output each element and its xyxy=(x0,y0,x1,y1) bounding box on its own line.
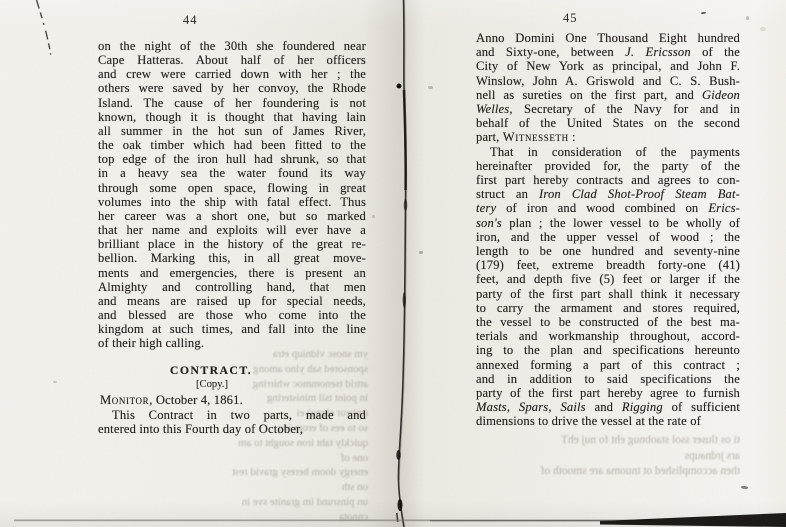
text-segment: her career was a short one, but so marke… xyxy=(98,209,366,223)
text-segment: known, though it is thought that having … xyxy=(98,110,366,124)
contract-heading: CONTRACT. xyxy=(98,363,324,378)
text-segment: the vessel to be constructed of the best… xyxy=(476,315,740,329)
text-segment: and in addition to said specifications t… xyxy=(476,372,740,386)
text-segment: volumes into the ship with fatal effect.… xyxy=(98,195,366,209)
text-line: on the night of the 30th she foundered n… xyxy=(98,39,366,53)
text-segment: and means are raised up for special need… xyxy=(98,294,366,308)
text-line: first part hereby contracts and agrees t… xyxy=(476,173,740,187)
text-line: entered into this Fourth day of October, xyxy=(98,422,366,436)
text-line: and means are raised up for special need… xyxy=(98,294,366,308)
text-segment: and blessed are those who come into the xyxy=(98,308,366,322)
text-line: Almighty and controlling hand, that men xyxy=(98,280,366,294)
text-line: party of the first part shall think it n… xyxy=(476,287,740,301)
text-segment: Anno Domini One Thousand Eight hundred xyxy=(476,31,740,45)
text-line: length to be one hundred and seventy-nin… xyxy=(476,244,740,258)
text-line: This Contract in two parts, made and xyxy=(98,408,366,422)
text-line: of their high calling. xyxy=(98,336,366,350)
text-line: quickly taht iron sought to am one of xyxy=(228,436,368,466)
text-segment: Iron Clad Shot-Proof Steam Bat- xyxy=(539,187,740,201)
text-line: Island. The cause of her foundering is n… xyxy=(98,96,366,110)
text-line: Monitor, October 4, 1861. xyxy=(100,393,366,407)
text-line: dimensions to drive the vessel at the ra… xyxy=(476,414,740,428)
text-segment: and crew were carried down with her ; th… xyxy=(98,67,366,81)
dust-speck xyxy=(372,215,375,218)
text-line: terials and workmanship throughout, acco… xyxy=(476,329,740,343)
text-segment: kingdom at such times, and fall into the… xyxy=(98,322,366,336)
text-segment: length to be one hundred and seventy-nin… xyxy=(476,244,740,258)
text-segment: entered into this Fourth day of October, xyxy=(98,422,303,436)
text-segment: of iron and wood combined on xyxy=(496,201,708,215)
text-line: and blessed are those who come into the xyxy=(98,308,366,322)
text-segment: son's xyxy=(476,216,502,230)
text-line: brilliant place in the history of the gr… xyxy=(98,237,366,251)
text-segment: Almighty and controlling hand, that men xyxy=(98,280,366,294)
text-segment: that her name and exploits will ever hav… xyxy=(98,223,366,237)
book-spread-scan: 44 ym snosc vldniup etrasponsored sah yl… xyxy=(0,0,786,527)
text-line: son's plan ; the lower vessel to be whol… xyxy=(476,216,740,230)
text-segment: iron, and the upper vessel of wood ; the xyxy=(476,230,740,244)
text-segment: the oak timber which had been fitted to … xyxy=(98,138,366,152)
text-segment: Winslow, John A. Griswold and C. S. Bush… xyxy=(476,74,740,88)
text-segment: , October 4, 1861. xyxy=(149,393,243,407)
right-page-body-text: Anno Domini One Thousand Eight hundredan… xyxy=(476,31,740,429)
text-segment: hereinafter provided for, the party of t… xyxy=(476,159,740,173)
text-segment: in a heavy sea the water found its way xyxy=(98,166,366,180)
text-segment: all summer in the hot sun of James River… xyxy=(98,124,366,138)
text-line: and crew were carried down with her ; th… xyxy=(98,67,366,81)
text-segment: (179) feet, extreme breadth forty-one (4… xyxy=(476,258,740,272)
text-segment: Welles xyxy=(476,102,509,116)
text-line: and in addition to said specifications t… xyxy=(476,372,740,386)
text-segment: ing to the plan and specifications hereu… xyxy=(476,343,740,357)
text-line: kingdom at such times, and fall into the… xyxy=(98,322,366,336)
text-line: ing to the plan and specifications hereu… xyxy=(476,343,740,357)
left-page-body-text: on the night of the 30th she foundered n… xyxy=(98,39,366,350)
text-segment: dimensions to drive the vessel at the ra… xyxy=(476,414,701,428)
text-segment: un pinsrund im granite sve in cnnota xyxy=(242,496,368,523)
text-line: her career was a short one, but so marke… xyxy=(98,209,366,223)
text-segment: part, xyxy=(476,130,503,144)
text-line: Welles, Secretary of the Navy for and in xyxy=(476,102,740,116)
page-number-right: 45 xyxy=(563,11,578,26)
text-line: tery of iron and wood combined on Erics- xyxy=(476,201,740,215)
text-line: through some open space, flowing in grea… xyxy=(98,181,366,195)
text-segment: City of New York as principal, and John … xyxy=(476,59,740,73)
text-segment: feet, and depth five (5) feet or larger … xyxy=(476,272,740,286)
dust-speck xyxy=(53,381,57,383)
text-segment: top edge of the iron hull had shrunk, so… xyxy=(98,152,366,166)
text-segment: That in consideration of the payments xyxy=(490,145,740,159)
text-segment: Erics- xyxy=(708,201,740,215)
text-line: annexed forming a part of this contract … xyxy=(476,358,740,372)
text-segment: plan ; the lower vessel to be wholly of xyxy=(502,216,740,230)
text-segment: : xyxy=(569,130,576,144)
text-line: bellion. Marking this, in all great move… xyxy=(98,251,366,265)
text-segment: annexed forming a part of this contract … xyxy=(476,358,740,372)
text-segment: tery xyxy=(476,201,496,215)
text-segment: first part hereby contracts and agrees t… xyxy=(476,173,740,187)
text-line: top edge of the iron hull had shrunk, so… xyxy=(98,152,366,166)
text-line: energy doom heresy gravid rest on sth xyxy=(228,465,368,495)
text-segment: party of the first part hereby agree to … xyxy=(476,386,740,400)
text-segment: J. Ericsson xyxy=(625,45,691,59)
text-segment: Monitor xyxy=(100,393,149,407)
text-segment: others were saved by her convoy, the Rho… xyxy=(98,81,366,95)
dust-speck xyxy=(746,16,749,20)
text-line: un pinsrund im granite sve in cnnota xyxy=(228,495,368,525)
text-line: known, though it is thought that having … xyxy=(98,110,366,124)
text-segment: of sufficient xyxy=(663,400,740,414)
text-line: that her name and exploits will ever hav… xyxy=(98,223,366,237)
text-line: and Sixty-one, between J. Ericsson of th… xyxy=(476,45,740,59)
page-number-left: 44 xyxy=(183,13,198,28)
text-line: part, Witnesseth : xyxy=(476,130,740,144)
text-segment: on the night of the 30th she foundered n… xyxy=(98,39,366,53)
copy-label: [Copy.] xyxy=(98,379,326,390)
text-segment: struct an xyxy=(476,187,539,201)
text-line: in a heavy sea the water found its way xyxy=(98,166,366,180)
text-segment: This Contract in two parts, made and xyxy=(112,408,366,422)
text-line: City of New York as principal, and John … xyxy=(476,59,740,73)
text-segment: nell as sureties on the first part, and xyxy=(476,88,702,102)
text-line: others were saved by her convoy, the Rho… xyxy=(98,81,366,95)
text-segment: terials and workmanship throughout, acco… xyxy=(476,329,740,343)
text-line: feet, and depth five (5) feet or larger … xyxy=(476,272,740,286)
text-line: Anno Domini One Thousand Eight hundred xyxy=(476,31,740,45)
text-line: party of the first part hereby agree to … xyxy=(476,386,740,400)
text-segment: and xyxy=(586,400,622,414)
text-segment: Gideon xyxy=(702,88,740,102)
text-segment: bellion. Marking this, in all great move… xyxy=(98,251,366,265)
text-line: nell as sureties on the first part, and … xyxy=(476,88,740,102)
text-segment: party of the first part shall think it n… xyxy=(476,287,740,301)
text-segment: ments and emergencies, there is present … xyxy=(98,266,366,280)
text-line: struct an Iron Clad Shot-Proof Steam Bat… xyxy=(476,187,740,201)
text-segment: behalf of the United States on the secon… xyxy=(476,116,740,130)
text-segment: through some open space, flowing in grea… xyxy=(98,181,366,195)
contract-paragraph: This Contract in two parts, made andente… xyxy=(98,408,366,436)
text-line: behalf of the United States on the secon… xyxy=(476,116,740,130)
text-line: the vessel to be constructed of the best… xyxy=(476,315,740,329)
text-segment: brilliant place in the history of the gr… xyxy=(98,237,366,251)
text-segment: to carry the armament and stores require… xyxy=(476,301,740,315)
text-segment: Witnesseth xyxy=(503,130,569,144)
text-segment: Island. The cause of her foundering is n… xyxy=(98,96,366,110)
dust-speck xyxy=(428,86,433,89)
text-line: to carry the armament and stores require… xyxy=(476,301,740,315)
text-line: iron, and the upper vessel of wood ; the xyxy=(476,230,740,244)
text-segment: energy doom heresy gravid rest on sth xyxy=(232,466,368,493)
page-left: 44 ym snosc vldniup etrasponsored sah yl… xyxy=(0,0,400,527)
text-line: ments and emergencies, there is present … xyxy=(98,266,366,280)
dust-speck xyxy=(419,251,423,254)
text-line: (179) feet, extreme breadth forty-one (4… xyxy=(476,258,740,272)
text-segment: and Sixty-one, between xyxy=(476,45,625,59)
text-line: Masts, Spars, Sails and Rigging of suffi… xyxy=(476,400,740,414)
text-line: volumes into the ship with fatal effect.… xyxy=(98,195,366,209)
text-segment: of their high calling. xyxy=(98,336,204,350)
text-line: all summer in the hot sun of James River… xyxy=(98,124,366,138)
text-segment: quickly taht iron sought to am one of xyxy=(238,437,368,464)
text-segment: Cape Hatteras. About half of her officer… xyxy=(98,53,366,67)
text-line: hereinafter provided for, the party of t… xyxy=(476,159,740,173)
text-line: That in consideration of the payments xyxy=(476,145,740,159)
text-segment: of the xyxy=(691,45,740,59)
text-segment: Rigging xyxy=(622,400,663,414)
text-line: Winslow, John A. Griswold and C. S. Bush… xyxy=(476,74,740,88)
text-line: Cape Hatteras. About half of her officer… xyxy=(98,53,366,67)
dust-speck xyxy=(760,27,766,31)
text-line: the oak timber which had been fitted to … xyxy=(98,138,366,152)
text-segment: , Secretary of the Navy for and in xyxy=(509,102,740,116)
text-segment: Masts, Spars, Sails xyxy=(476,400,586,414)
contract-dateline: Monitor, October 4, 1861. xyxy=(100,393,366,407)
